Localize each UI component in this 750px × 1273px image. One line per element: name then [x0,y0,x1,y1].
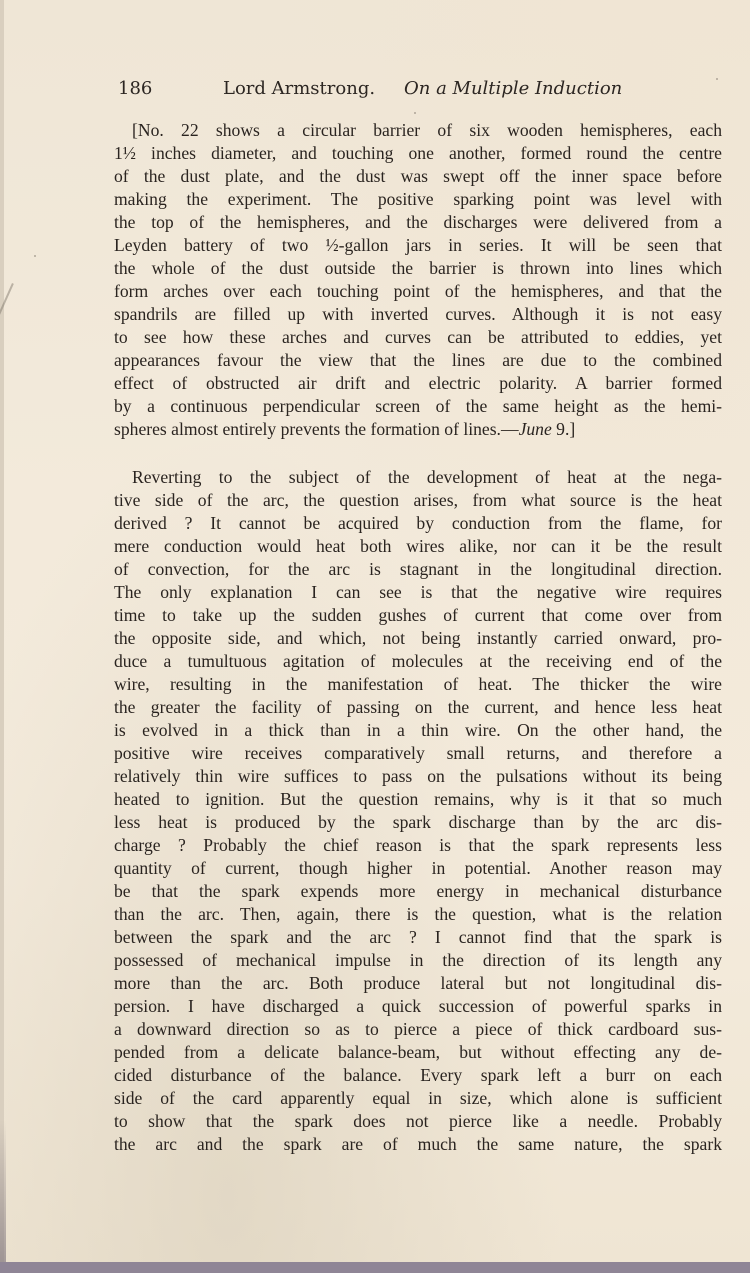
text-line: heated to ignition. But the question rem… [114,788,722,811]
bracketed-note-paragraph: [No. 22 shows a circular barrier of six … [114,119,722,441]
text-line: by a continuous perpendicular screen of … [114,395,722,418]
text-line: the opposite side, and which, not being … [114,627,722,650]
paper-speck [716,78,718,80]
text-line: the top of the hemispheres, and the disc… [114,211,722,234]
text-line: appearances favour the view that the lin… [114,349,722,372]
text-line: less heat is produced by the spark disch… [114,811,722,834]
text-line: effect of obstructed air drift and elect… [114,372,722,395]
text-line: the greater the facility of passing on t… [114,696,722,719]
text-line: more than the arc. Both produce lateral … [114,972,722,995]
text-line-final: spheres almost entirely prevents the for… [114,418,722,441]
text-line: is evolved in a thick than in a thin wir… [114,719,722,742]
text-line: persion. I have discharged a quick succe… [114,995,722,1018]
text-line: duce a tumultuous agitation of molecules… [114,650,722,673]
text-line: possessed of mechanical impulse in the d… [114,949,722,972]
running-head: 186 Lord Armstrong. On a Multiple Induct… [118,78,638,106]
text-line: the arc and the spark are of much the sa… [114,1133,722,1156]
text-line: [No. 22 shows a circular barrier of six … [114,119,722,142]
text-line: Leyden battery of two ½-gallon jars in s… [114,234,722,257]
text-line: The only explanation I can see is that t… [114,581,722,604]
text-line: quantity of current, though higher in po… [114,857,722,880]
margin-pencil-mark [0,283,14,352]
date-italic: June [519,419,552,439]
text-line: to see how these arches and curves can b… [114,326,722,349]
text-line: form arches over each touching point of … [114,280,722,303]
text-line: than the arc. Then, again, there is the … [114,903,722,926]
text-line: relatively thin wire suffices to pass on… [114,765,722,788]
text-line: mere conduction would heat both wires al… [114,535,722,558]
text-line: cided disturbance of the balance. Every … [114,1064,722,1087]
text-fragment: spheres almost entirely prevents the for… [114,419,519,439]
text-line: derived ? It cannot be acquired by condu… [114,512,722,535]
running-head-title: On a Multiple Induction [404,78,622,99]
text-line: Reverting to the subject of the developm… [114,466,722,489]
text-line: charge ? Probably the chief reason is th… [114,834,722,857]
text-line: spandrils are filled up with inverted cu… [114,303,722,326]
paper-speck [414,112,416,114]
text-line: side of the card apparently equal in siz… [114,1087,722,1110]
text-line: of the dust plate, and the dust was swep… [114,165,722,188]
running-head-author: Lord Armstrong. [223,78,375,99]
text-line: pended from a delicate balance-beam, but… [114,1041,722,1064]
page-number: 186 [118,78,152,99]
text-line: a downward direction so as to pierce a p… [114,1018,722,1041]
text-line: time to take up the sudden gushes of cur… [114,604,722,627]
text-line: the whole of the dust outside the barrie… [114,257,722,280]
text-line: between the spark and the arc ? I cannot… [114,926,722,949]
text-line: making the experiment. The positive spar… [114,188,722,211]
text-line: of convection, for the arc is stagnant i… [114,558,722,581]
text-line: tive side of the arc, the question arise… [114,489,722,512]
book-page: 186 Lord Armstrong. On a Multiple Induct… [0,0,750,1262]
main-paragraph: Reverting to the subject of the developm… [114,466,722,1156]
text-line: wire, resulting in the manifestation of … [114,673,722,696]
text-line: positive wire receives comparatively sma… [114,742,722,765]
date-tail: 9.] [552,419,575,439]
text-line: 1½ inches diameter, and touching one ano… [114,142,722,165]
text-line: to show that the spark does not pierce l… [114,1110,722,1133]
paper-speck [34,255,36,257]
text-line: be that the spark expends more energy in… [114,880,722,903]
